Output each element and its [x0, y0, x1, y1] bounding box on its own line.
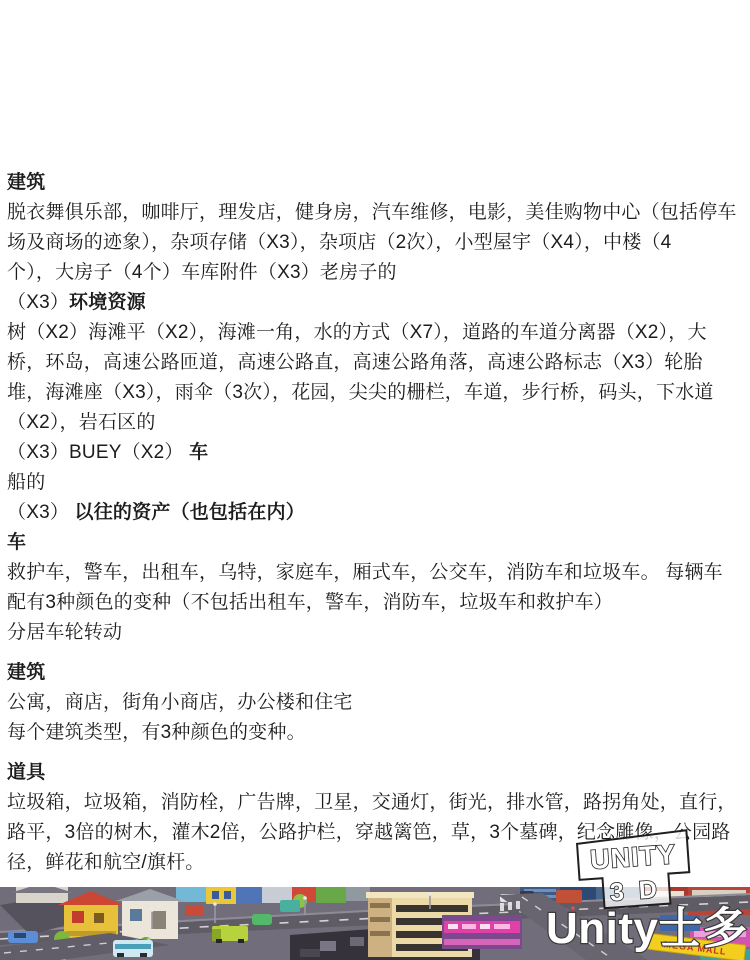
text-line: （X3）环境资源 [7, 288, 747, 318]
text-line: 车 [7, 528, 747, 558]
unity-shiduo-watermark: Unity士多 [544, 899, 750, 955]
text-line: 桥，环岛，高速公路匝道，高速公路直，高速公路角落，高速公路标志（X3）轮胎 [7, 348, 747, 378]
teal-van [280, 900, 300, 912]
club-building [442, 915, 522, 949]
description-text: 建筑 脱衣舞俱乐部，咖啡厅，理发店，健身房，汽车维修，电影，美佳购物中心（包括停… [7, 168, 747, 878]
section-buildings-1: 建筑 脱衣舞俱乐部，咖啡厅，理发店，健身房，汽车维修，电影，美佳购物中心（包括停… [7, 168, 747, 648]
text-line: 堆，海滩座（X3），雨伞（3次），花园，尖尖的栅栏，车道，步行桥，码头，下水道 [7, 378, 747, 408]
text-line: 船的 [7, 468, 747, 498]
asset-description-page: 建筑 脱衣舞俱乐部，咖啡厅，理发店，健身房，汽车维修，电影，美佳购物中心（包括停… [0, 0, 750, 960]
text-line: 垃圾箱，垃圾箱，消防栓，广告牌，卫星，交通灯，街光，排水管，路拐角处，直行， [7, 788, 747, 818]
text-line: 树（X2）海滩平（X2），海滩一角，水的方式（X7），道路的车道分离器（X2），… [7, 318, 747, 348]
text-line: 个），大房子（4个）车库附件（X3）老房子的 [7, 258, 747, 288]
text-line: 配有3种颜色的变种（不包括出租车，警车，消防车，垃圾车和救护车） [7, 588, 747, 618]
text-line: 脱衣舞俱乐部，咖啡厅，理发店，健身房，汽车维修，电影，美佳购物中心（包括停车 [7, 198, 747, 228]
heading-previous-assets: 以往的资产（也包括在内） [75, 502, 305, 523]
heading-buildings-2: 建筑 [7, 662, 45, 683]
city-bus [113, 940, 153, 957]
heading-vehicles: 车 [7, 532, 26, 553]
text-line: （X3） 以往的资产（也包括在内） [7, 498, 747, 528]
section-buildings-2: 建筑 公寓，商店，街角小商店，办公楼和住宅 每个建筑类型，有3种颜色的变种。 [7, 658, 747, 748]
red-van [185, 905, 203, 916]
heading-props: 道具 [7, 762, 45, 783]
text-line: 分居车轮转动 [7, 618, 747, 648]
text-line: 救护车，警车，出租车，乌特，家庭车，厢式车，公交车，消防车和垃圾车。 每辆车 [7, 558, 747, 588]
text-line: 道具 [7, 758, 747, 788]
text-line: 每个建筑类型，有3种颜色的变种。 [7, 718, 747, 748]
text-line: （X3）BUEY（X2） 车 [7, 438, 747, 468]
text-line: 公寓，商店，街角小商店，办公楼和住宅 [7, 688, 747, 718]
heading-environment-assets: 环境资源 [69, 292, 146, 313]
green-car [252, 914, 272, 925]
watermark-text: Unity士多 [546, 904, 746, 953]
text-line: 建筑 [7, 168, 747, 198]
heading-vehicles-inline: 车 [189, 442, 208, 463]
garbage-truck [212, 926, 248, 943]
blue-car [8, 931, 38, 943]
heading-buildings: 建筑 [7, 172, 45, 193]
text-line: （X2），岩石区的 [7, 408, 747, 438]
text-line: 建筑 [7, 658, 747, 688]
stamp-text-unity: UNITY [589, 839, 677, 875]
text-line: 场及商场的迹象），杂项存储（X3），杂项店（2次），小型屋宇（X4），中楼（4 [7, 228, 747, 258]
